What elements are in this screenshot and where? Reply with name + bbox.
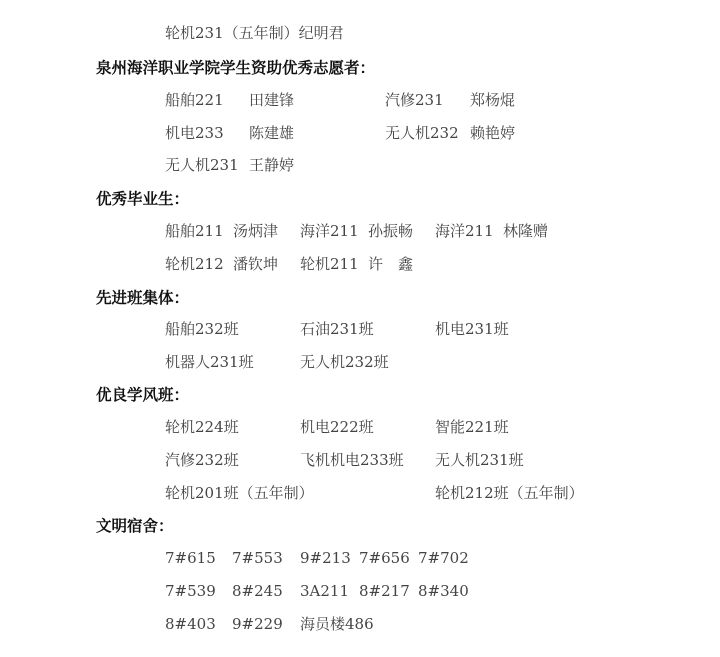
volunteer-class: 船舶221 bbox=[165, 90, 224, 110]
good-study-class: 无人机231班 bbox=[435, 450, 524, 470]
dorm-number: 8#245 bbox=[232, 581, 283, 601]
volunteer-class: 无人机231 bbox=[165, 155, 239, 175]
dorm-number: 7#553 bbox=[232, 548, 283, 568]
graduate-class: 海洋211 bbox=[435, 221, 494, 241]
dorm-number: 7#539 bbox=[165, 581, 216, 601]
volunteer-class: 汽修231 bbox=[385, 90, 444, 110]
section-heading-graduates: 优秀毕业生： bbox=[96, 189, 189, 209]
advanced-class: 无人机232班 bbox=[300, 352, 389, 372]
dorm-number: 7#702 bbox=[418, 548, 469, 568]
section-heading-good-study-classes: 优良学风班： bbox=[96, 385, 189, 405]
section-heading-dorms: 文明宿舍： bbox=[96, 516, 174, 536]
good-study-class: 轮机201班（五年制） bbox=[165, 483, 314, 503]
advanced-class: 船舶232班 bbox=[165, 319, 239, 339]
volunteer-name: 王静婷 bbox=[249, 155, 294, 175]
dorm-number: 8#217 bbox=[359, 581, 410, 601]
good-study-class: 轮机224班 bbox=[165, 417, 239, 437]
good-study-class: 智能221班 bbox=[435, 417, 509, 437]
dorm-number: 9#229 bbox=[232, 614, 283, 634]
dorm-number: 7#615 bbox=[165, 548, 216, 568]
good-study-class: 汽修232班 bbox=[165, 450, 239, 470]
graduate-name: 潘钦坤 bbox=[233, 254, 278, 274]
dorm-number: 8#403 bbox=[165, 614, 216, 634]
award-entry-text: 轮机231（五年制）纪明君 bbox=[165, 23, 344, 43]
volunteer-name: 郑杨焜 bbox=[470, 90, 515, 110]
volunteer-class: 无人机232 bbox=[385, 123, 459, 143]
graduate-name: 汤炳津 bbox=[233, 221, 278, 241]
graduate-class: 轮机212 bbox=[165, 254, 224, 274]
graduate-class: 船舶211 bbox=[165, 221, 224, 241]
dorm-number: 9#213 bbox=[300, 548, 351, 568]
advanced-class: 机器人231班 bbox=[165, 352, 254, 372]
dorm-number: 7#656 bbox=[359, 548, 410, 568]
advanced-class: 机电231班 bbox=[435, 319, 509, 339]
advanced-class: 石油231班 bbox=[300, 319, 374, 339]
section-heading-volunteers: 泉州海洋职业学院学生资助优秀志愿者： bbox=[96, 58, 375, 78]
graduate-name: 许 鑫 bbox=[368, 254, 413, 274]
graduate-name: 林隆赠 bbox=[503, 221, 548, 241]
volunteer-name: 田建锋 bbox=[249, 90, 294, 110]
dorm-number: 海员楼486 bbox=[300, 614, 374, 634]
section-heading-advanced-classes: 先进班集体： bbox=[96, 288, 189, 308]
good-study-class: 机电222班 bbox=[300, 417, 374, 437]
volunteer-name: 赖艳婷 bbox=[470, 123, 515, 143]
dorm-number: 8#340 bbox=[418, 581, 469, 601]
good-study-class: 轮机212班（五年制） bbox=[435, 483, 584, 503]
good-study-class: 飞机机电233班 bbox=[300, 450, 404, 470]
graduate-name: 孙振畅 bbox=[368, 221, 413, 241]
volunteer-class: 机电233 bbox=[165, 123, 224, 143]
dorm-number: 3A211 bbox=[300, 581, 349, 601]
volunteer-name: 陈建雄 bbox=[249, 123, 294, 143]
graduate-class: 轮机211 bbox=[300, 254, 359, 274]
graduate-class: 海洋211 bbox=[300, 221, 359, 241]
